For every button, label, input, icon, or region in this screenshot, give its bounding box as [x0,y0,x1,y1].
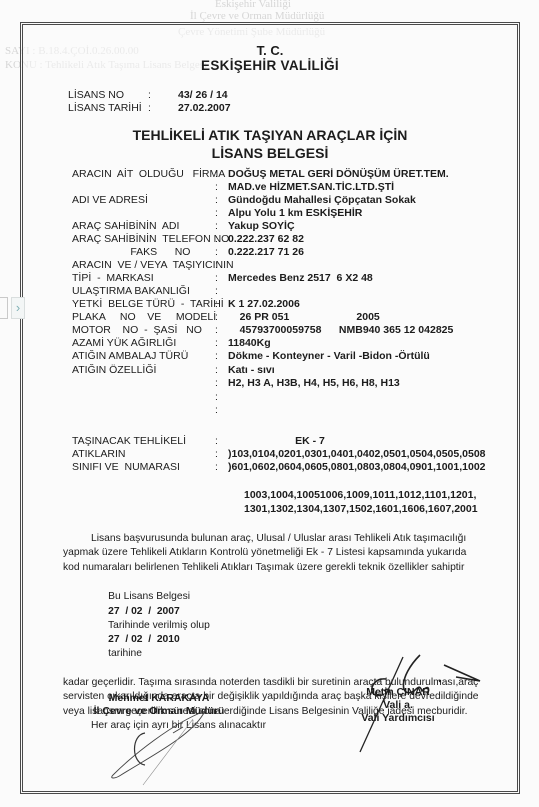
signature-left-icon [93,705,223,785]
waste-codes-cont: 1003,1004,10051006,1009,1011,1012,1101,1… [244,489,476,501]
field-value: Katı - sıvı [228,364,275,376]
document-subtitle: LİSANS BELGESİ [23,145,517,161]
colon: : [215,220,218,232]
field-value: H2, H3 A, H3B, H4, H5, H6, H8, H13 [228,377,400,389]
expiry-date: 27 / 02 / 2010 [108,634,180,645]
colon: : [148,102,151,114]
field-label: TİPİ - MARKASI [72,272,154,284]
field-value: MAD.ve HİZMET.SAN.TİC.LTD.ŞTİ [228,181,394,193]
field-value: K 1 27.02.2006 [228,298,300,310]
field-value: EK - 7 [228,435,325,447]
field-label: ARACIN AİT OLDUĞU FİRMA [72,168,225,180]
colon: : [215,168,218,180]
paragraph-conformity: Lisans başvurusunda bulunan araç, Ulusal… [63,532,483,575]
field-row: ATIĞIN AMBALAJ TÜRÜ:Dökme - Konteyner - … [23,350,517,363]
field-value: 0.222.237 62 82 [228,233,304,245]
field-label: ADI VE ADRESİ [72,194,148,206]
field-label: YETKİ BELGE TÜRÜ - TARİHİ [72,298,224,310]
field-value: 0.222.217 71 26 [228,246,304,258]
colon: : [215,259,218,271]
colon: : [215,377,218,389]
field-row: PLAKA NO VE MODELİ: 26 PR 051 2005 [23,311,517,324]
field-label: SINIFI VE NUMARASI [72,461,180,473]
colon: : [215,272,218,284]
field-row: FAKS NO:0.222.217 71 26 [23,246,517,259]
field-value: )601,0602,0604,0605,0801,0803,0804,0901,… [228,461,486,473]
colon: : [215,404,218,416]
colon: : [215,194,218,206]
field-value: Alpu Yolu 1 km ESKİŞEHİR [228,207,362,219]
document-title: TEHLİKELİ ATIK TAŞIYAN ARAÇLAR İÇİN [23,127,517,143]
colon: : [215,324,218,336]
signatory-right-name: Metin ÇINAR [358,686,438,699]
colon: : [148,89,151,101]
colon: : [215,311,218,323]
field-value: Mercedes Benz 2517 6 X2 48 [228,272,373,284]
field-value: Dökme - Konteyner - Varil -Bidon -Örtülü [228,350,430,362]
field-row: :Alpu Yolu 1 km ESKİŞEHİR [23,207,517,220]
field-row: ULAŞTIRMA BAKANLIĞI: [23,285,517,298]
header-tc: T. C. [23,43,517,58]
field-value: 26 PR 051 2005 [228,311,380,323]
field-row: MOTOR NO - ŞASİ NO: 45793700059758 NMB94… [23,324,517,337]
field-label: ARACIN VE / VEYA TAŞIYICININ [72,259,234,271]
signatory-right-title: Vali Yardımcısı [358,712,438,725]
colon: : [215,461,218,473]
validity-prefix: Bu Lisans Belgesi [108,591,190,602]
field-label: MOTOR NO - ŞASİ NO [72,324,202,336]
colon: : [215,298,218,310]
field-label: ARAÇ SAHİBİNİN ADI [72,220,179,232]
field-label: AZAMİ YÜK AĞIRLIĞI [72,337,176,349]
field-value: )103,0104,0201,0301,0401,0402,0501,0504,… [228,448,486,460]
field-label: ATIĞIN ÖZELLİĞİ [72,364,156,376]
bleed-through-text: İl Çevre ve Orman Müdürlüğü [190,10,324,22]
field-value: Yakup SOYİÇ [228,220,295,232]
header-authority: ESKİŞEHİR VALİLİĞİ [23,58,517,73]
colon: : [215,207,218,219]
issue-date: 27 / 02 / 2007 [108,606,180,617]
colon: : [215,391,218,403]
colon: : [215,364,218,376]
chevron-right-icon: › [16,300,20,315]
field-row: ARACIN VE / VEYA TAŞIYICININ: [23,259,517,272]
field-label: ATIKLARIN [72,448,125,460]
bleed-through-text: Eskişehir Valiliği [215,0,291,10]
field-value: Gündoğdu Mahallesi Çöpçatan Sokak [228,194,416,206]
license-date-value: 27.02.2007 [178,102,231,114]
para-line: kod numaraları belirlenen Tehlikeli Atık… [63,561,483,575]
waste-codes-cont: 1301,1302,1304,1307,1502,1601,1606,1607,… [244,503,478,515]
colon: : [215,350,218,362]
para-line: yapmak üzere Tehlikeli Atıkların Kontrol… [63,546,483,560]
field-label: ARAÇ SAHİBİNİN TELEFON NO [72,233,229,245]
field-label: TAŞINACAK TEHLİKELİ [72,435,186,447]
colon: : [215,448,218,460]
license-no-value: 43/ 26 / 14 [178,89,228,101]
field-row: : [23,404,517,417]
signatory-right-line2: Vali a. [358,699,438,712]
colon: : [215,435,218,447]
field-row: :MAD.ve HİZMET.SAN.TİC.LTD.ŞTİ [23,181,517,194]
field-row: TAŞINACAK TEHLİKELİ: EK - 7 [23,435,517,448]
field-row: : [23,391,517,404]
colon: : [215,233,218,245]
signatory-right: Metin ÇINAR Vali a. Vali Yardımcısı [358,686,438,725]
field-label: FAKS NO [72,246,190,258]
field-row: :H2, H3 A, H3B, H4, H5, H6, H8, H13 [23,377,517,390]
field-row: ARACIN AİT OLDUĞU FİRMA:DOĞUŞ METAL GERİ… [23,168,517,181]
license-no-label: LİSANS NO [68,89,124,101]
next-page-button[interactable]: › [11,297,25,319]
field-row: ATIKLARIN:)103,0104,0201,0301,0401,0402,… [23,448,517,461]
field-row: ARAÇ SAHİBİNİN TELEFON NO:0.222.237 62 8… [23,233,517,246]
field-row: ARAÇ SAHİBİNİN ADI:Yakup SOYİÇ [23,220,517,233]
field-row: TİPİ - MARKASI:Mercedes Benz 2517 6 X2 4… [23,272,517,285]
field-label: ULAŞTIRMA BAKANLIĞI [72,285,190,297]
colon: : [215,337,218,349]
viewer-edge-panel [0,297,8,319]
field-row: YETKİ BELGE TÜRÜ - TARİHİ:K 1 27.02.2006 [23,298,517,311]
validity-middle: Tarihinde verilmiş olup [108,620,210,631]
field-row: ATIĞIN ÖZELLİĞİ:Katı - sıvı [23,364,517,377]
colon: : [215,246,218,258]
field-value: 45793700059758 NMB940 365 12 042825 [228,324,453,336]
field-row: ADI VE ADRESİ:Gündoğdu Mahallesi Çöpçata… [23,194,517,207]
para-line: Lisans başvurusunda bulunan araç, Ulusal… [63,532,483,546]
field-value: 11840Kg [228,337,271,349]
field-label: ATIĞIN AMBALAJ TÜRÜ [72,350,188,362]
field-label: PLAKA NO VE MODELİ [72,311,216,323]
field-value: DOĞUŞ METAL GERİ DÖNÜŞÜM ÜRET.TEM. [228,168,449,180]
colon: : [215,285,218,297]
field-row: SINIFI VE NUMARASI:)601,0602,0604,0605,0… [23,461,517,474]
license-date-label: LİSANS TARİHİ [68,102,142,114]
license-document-frame: T. C. ESKİŞEHİR VALİLİĞİ LİSANS NO : 43/… [20,22,520,794]
signatory-left-name: Mehmet KARAKAYA [89,692,229,705]
field-row: AZAMİ YÜK AĞIRLIĞI:11840Kg [23,337,517,350]
colon: : [215,181,218,193]
validity-suffix: tarihine [108,648,142,659]
